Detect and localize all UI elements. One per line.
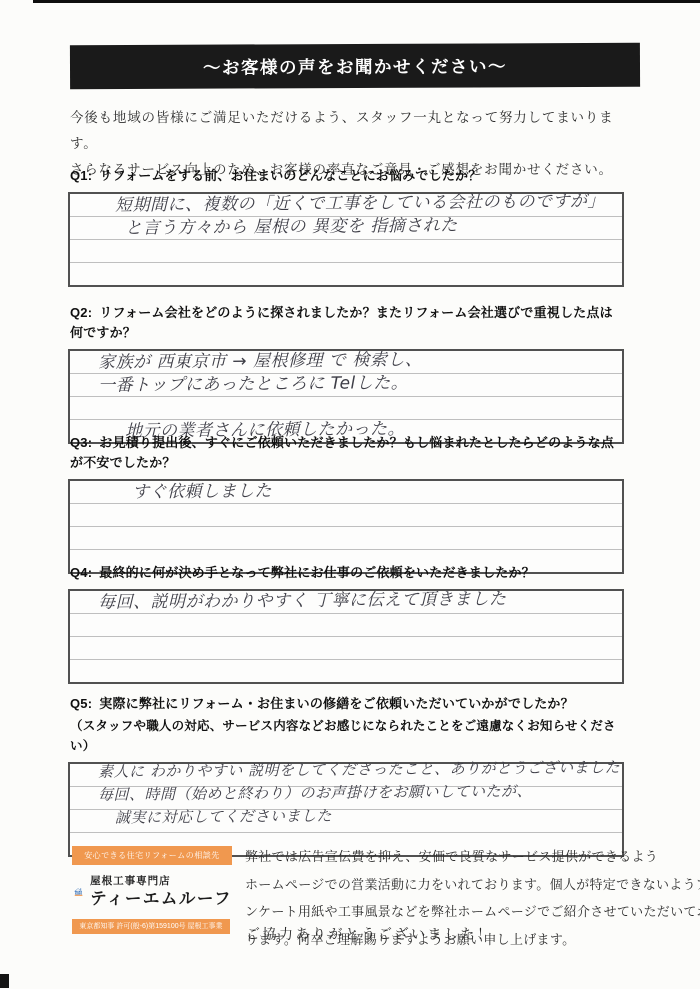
shop-type-label: 屋根工事専門店 [90, 874, 232, 889]
logo-tagline: 安心できる住宅リフォームの相談先 [72, 846, 232, 865]
answer-line: と言う方々から 屋根の 異変を 指摘された [70, 216, 622, 239]
answer-line: 誠実に対応してくださいました [70, 809, 622, 832]
footer-message-line-2: ホームページでの営業活動に力をいれております。個人が特定できないようア [245, 871, 647, 899]
license-number: 東京都知事 許可(般-6)第159100号 屋根工事業 [72, 919, 230, 934]
answer-line: 毎回、説明がわかりやすく 丁寧に伝えて頂きました [70, 591, 622, 613]
scan-artifact-corner-blob [0, 974, 9, 988]
logo-middle-row: TM ROOT ティーエムルーフ 屋根工事専門店 ティーエムルーフ [72, 865, 232, 919]
footer-message-line-1: 弊社では広告宣伝費を抑え、安価で良質なサービス提供ができるよう [245, 843, 647, 871]
question-q5-title: Q5:実際に弊社にリフォーム・お住まいの修繕をご依頼いただいていかがでしたか？ [68, 694, 624, 714]
thanks-message: ご協力ありがとうございました！ [246, 924, 494, 944]
answer-line [70, 503, 622, 526]
answer-box-q2: 家族が 西東京市 → 屋根修理 で 検索し、 一番トップにあったところに Tel… [68, 349, 624, 444]
question-q2-title: Q2:リフォーム会社をどのように探されましたか？またリフォーム会社選びで重視した… [68, 303, 624, 343]
answer-box-q4: 毎回、説明がわかりやすく 丁寧に伝えて頂きました [68, 589, 624, 684]
answer-line [70, 613, 622, 636]
question-q3-title: Q3:お見積り提出後、すぐにご依頼いただきましたか？もし悩まれたとしたらどのよう… [68, 433, 624, 473]
question-q3-number: Q3: [70, 435, 92, 450]
company-name: ティーエムルーフ [90, 889, 232, 910]
question-q5-text: 実際に弊社にリフォーム・お住まいの修繕をご依頼いただいていかがでしたか？ [99, 696, 574, 711]
question-q3-text: お見積り提出後、すぐにご依頼いただきましたか？もし悩まれたとしたらどのような点が… [70, 435, 614, 470]
question-q2-text: リフォーム会社をどのように探されましたか？またリフォーム会社選びで重視した点は何… [70, 305, 613, 340]
answer-box-q1: 短期間に、複数の「近くで工事をしている会社のものですが」 と言う方々から 屋根の… [68, 192, 624, 287]
handwritten-answer: 毎回、説明がわかりやすく 丁寧に伝えて頂きました [70, 584, 507, 613]
question-q5-note: （スタッフや職人の対応、サービス内容などお感じになられたことをご遠慮なくお知らせ… [68, 716, 624, 756]
handwritten-answer: 誠実に対応してくださいました [70, 805, 332, 828]
handwritten-answer: 一番トップにあったところに Telした。 [70, 368, 408, 396]
question-block-q1: Q1:リフォームをする前、お住まいのどんなことにお悩みでしたか？ 短期間に、複数… [68, 166, 624, 287]
question-block-q3: Q3:お見積り提出後、すぐにご依頼いただきましたか？もし悩まれたとしたらどのよう… [68, 433, 624, 574]
answer-line [70, 659, 622, 682]
survey-title-banner: ～お客様の声をお聞かせください～ [70, 43, 640, 89]
scan-artifact-top-line [33, 0, 700, 3]
question-q1-title: Q1:リフォームをする前、お住まいのどんなことにお悩みでしたか？ [68, 166, 624, 186]
handwritten-answer: と言う方々から 屋根の 異変を 指摘された [70, 211, 458, 239]
question-q1-text: リフォームをする前、お住まいのどんなことにお悩みでしたか？ [99, 168, 481, 183]
question-block-q4: Q4:最終的に何が決め手となって弊社にお仕事のご依頼をいただきましたか？ 毎回、… [68, 563, 624, 684]
question-block-q2: Q2:リフォーム会社をどのように探されましたか？またリフォーム会社選びで重視した… [68, 303, 624, 444]
question-q2-number: Q2: [70, 305, 92, 320]
logo-names: 屋根工事専門店 ティーエムルーフ [90, 874, 232, 910]
company-logo: 安心できる住宅リフォームの相談先 TM ROOT ティーエムルーフ 屋根工事専門… [72, 846, 232, 934]
question-q4-number: Q4: [70, 565, 92, 580]
scanned-survey-page: ～お客様の声をお聞かせください～ 今後も地域の皆様にご満足いただけるよう、スタッ… [0, 0, 700, 989]
answer-line: すぐ依頼しました [70, 481, 622, 503]
handwritten-answer: 素人に わかりやすい 説明をしてくださったこと、ありがとうございました [70, 756, 620, 782]
answer-line [70, 262, 622, 285]
answer-line [70, 239, 622, 262]
question-block-q5: Q5:実際に弊社にリフォーム・お住まいの修繕をご依頼いただいていかがでしたか？ … [68, 694, 624, 857]
handwritten-answer: 毎回、時間（始めと終わり）のお声掛けをお願いしていたが、 [70, 780, 532, 805]
footer-message-line-3: ンケート用紙や工事風景などを弊社ホームページでご紹介させていただいてお [245, 898, 647, 926]
question-q5-number: Q5: [70, 696, 92, 711]
house-icon: TM ROOT ティーエムルーフ [74, 867, 83, 917]
answer-line: 一番トップにあったところに Telした。 [70, 373, 622, 396]
answer-line [70, 636, 622, 659]
intro-line-1: 今後も地域の皆様にご満足いただけるよう、スタッフ一丸となって努力してまいります。 [70, 105, 630, 157]
handwritten-answer: すぐ依頼しました [70, 476, 272, 503]
question-q1-number: Q1: [70, 168, 92, 183]
answer-box-q3: すぐ依頼しました [68, 479, 624, 574]
question-q4-title: Q4:最終的に何が決め手となって弊社にお仕事のご依頼をいただきましたか？ [68, 563, 624, 583]
survey-title: ～お客様の声をお聞かせください～ [203, 53, 507, 79]
answer-line [70, 526, 622, 549]
question-q4-text: 最終的に何が決め手となって弊社にお仕事のご依頼をいただきましたか？ [99, 565, 535, 580]
